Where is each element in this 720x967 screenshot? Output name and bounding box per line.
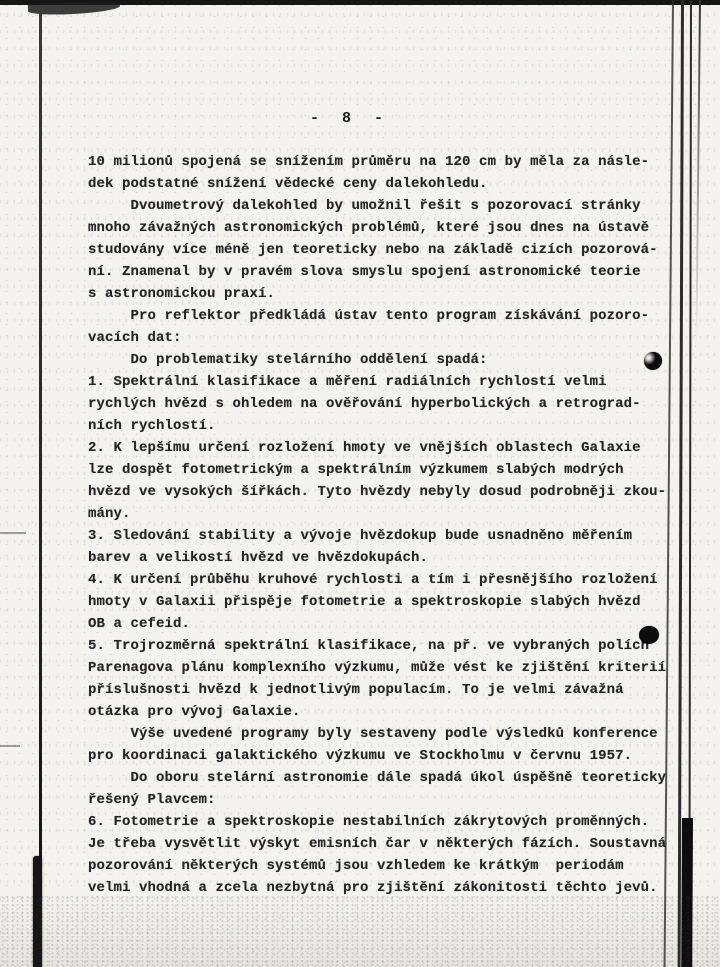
ink-blob-2 (639, 626, 659, 644)
text-line: 2. K lepšímu určení rozložení hmoty ve v… (88, 437, 688, 459)
text-line: Dvoumetrový dalekohled by umožnil řešit … (88, 195, 688, 217)
text-line: dek podstatné snížení vědecké ceny dalek… (88, 173, 688, 195)
text-line: Pro reflektor předkládá ústav tento prog… (88, 305, 688, 327)
text-line: pro koordinaci galaktického výzkumu ve S… (88, 745, 688, 767)
text-line: hmoty v Galaxii přispěje fotometrie a sp… (88, 591, 688, 613)
text-line: vacích dat: (88, 327, 688, 349)
text-line: studovány více méně jen teoreticky nebo … (88, 239, 688, 261)
document-text-block: 10 milionů spojená se snížením průměru n… (88, 151, 688, 899)
text-line: mnoho závažných astronomických problémů,… (88, 217, 688, 239)
text-line: s astronomickou praxí. (88, 283, 688, 305)
text-line: ních rychlostí. (88, 415, 688, 437)
scan-smudge-top-left (28, 1, 120, 15)
text-line: ní. Znamenal by v pravém slova smyslu sp… (88, 261, 688, 283)
scan-noise-bottom (0, 895, 720, 967)
text-line: lze dospět fotometrickým a spektrálním v… (88, 459, 688, 481)
text-line: Do oboru stelární astronomie dále spadá … (88, 767, 688, 789)
text-line: velmi vhodná a zcela nezbytná pro zjiště… (88, 877, 688, 899)
text-line: příslušnosti hvězd k jednotlivým populac… (88, 679, 688, 701)
text-line: 3. Sledování stability a vývoje hvězdoku… (88, 525, 688, 547)
page-number: - 8 - (0, 110, 700, 127)
ink-blob-1 (644, 352, 662, 370)
text-line: 1. Spektrální klasifikace a měření radiá… (88, 371, 688, 393)
scan-margin-mark (0, 745, 20, 747)
text-line: barev a velikostí hvězd ve hvězdokupách. (88, 547, 688, 569)
scan-edge-line-right-4 (695, 0, 700, 340)
scan-fold-line-left-bottom (33, 856, 42, 967)
text-line: 6. Fotometrie a spektroskopie nestabilní… (88, 811, 688, 833)
text-line: 4. K určení průběhu kruhové rychlosti a … (88, 569, 688, 591)
text-line: Parenagova plánu komplexního výzkumu, mů… (88, 657, 688, 679)
text-line: otázka pro vývoj Galaxie. (88, 701, 688, 723)
text-line: Do problematiky stelárního oddělení spad… (88, 349, 688, 371)
text-line: Výše uvedené programy byly sestaveny pod… (88, 723, 688, 745)
text-line: rychlých hvězd s ohledem na ověřování hy… (88, 393, 688, 415)
text-line: pozorování některých systémů jsou vzhled… (88, 855, 688, 877)
scanned-document-page: - 8 - 10 milionů spojená se snížením prů… (0, 0, 720, 967)
text-line: řešený Plavcem: (88, 789, 688, 811)
text-line: Je třeba vysvětlit výskyt emisních čar v… (88, 833, 688, 855)
text-line: OB a cefeid. (88, 613, 688, 635)
scan-fold-line-left (39, 12, 42, 967)
scan-margin-mark (0, 532, 26, 534)
text-line: hvězd ve vysokých šířkách. Tyto hvězdy n… (88, 481, 688, 503)
text-line: 5. Trojrozměrná spektrální klasifikace, … (88, 635, 688, 657)
text-line: mány. (88, 503, 688, 525)
text-line: 10 milionů spojená se snížením průměru n… (88, 151, 688, 173)
